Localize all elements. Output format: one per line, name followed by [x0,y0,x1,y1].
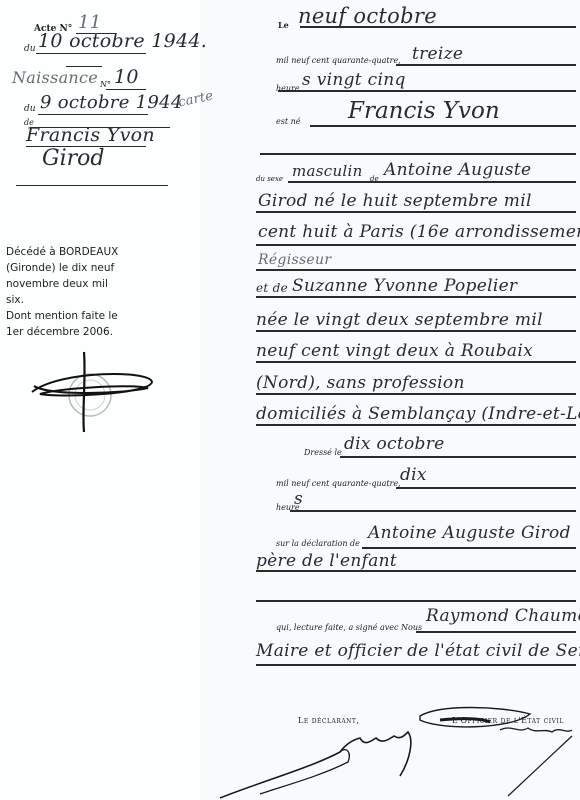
margin-note-line: Décédé à BORDEAUX [6,244,196,260]
registration-minutes-value: s [294,489,303,509]
registration-hour-value: dix [400,465,427,485]
parents-residence: domiciliés à Semblançay (Indre-et-Loire) [256,404,580,424]
rule [36,53,146,54]
row-label: mil neuf cent quarante-quatre, [276,479,401,488]
naissance-no-label: N° [100,80,111,89]
rule [106,89,146,90]
row-label: heure [276,84,300,93]
birth-du-label: du [24,104,36,114]
mother-name-value: Suzanne Yvonne Popelier [292,276,517,296]
margin-note-line: (Gironde) le dix neuf [6,260,196,276]
registrar-signature-stamp [0,350,200,440]
child-name-value: Francis Yvon [348,98,500,124]
row-label: Le [278,20,289,30]
birth-hour-value: treize [412,44,463,64]
row-label: Dressé le [304,448,342,457]
row-label: mil neuf cent quarante-quatre, [276,56,401,65]
mother-birth-line: née le vingt deux septembre mil [256,310,543,330]
birth-certificate-page: Acte N° 11 du 10 octobre 1944. Naissance… [0,0,580,800]
father-birth-line: Girod né le huit septembre mil [258,191,532,211]
margin-note-line: Dont mention faite le [6,308,196,324]
acte-date: 10 octobre 1944. [38,30,207,52]
declarant-name-value: Antoine Auguste Girod [368,523,571,543]
sex-value: masculin [292,162,363,180]
rule [16,185,168,186]
rule [66,66,102,67]
naissance-number: 10 [114,66,139,88]
birth-minutes-value: s vingt cinq [302,70,406,90]
naissance-label: Naissance [12,68,98,87]
rule [38,114,148,115]
birth-date: 9 octobre 1944 [40,92,183,113]
row-label: et de [256,281,288,295]
row-label: est né [276,117,300,126]
mother-birth-place: neuf cent vingt deux à Roubaix [256,341,533,361]
acte-du-label: du [24,44,36,54]
row-label: sur la déclaration de [276,539,360,548]
mother-occupation: (Nord), sans profession [256,373,465,393]
surname: Girod [42,146,104,171]
officer-title: Maire et officier de l'état civil de Sem… [256,641,580,661]
row-label: qui, lecture faite, a signé avec Nous [276,623,422,632]
father-name-value: Antoine Auguste [384,160,531,180]
father-occupation: Régisseur [258,252,331,268]
row-label: du sexe [256,175,283,183]
officer-name-value: Raymond Chaumont [426,606,580,626]
officer-signature [400,700,580,800]
registration-date-value: dix octobre [344,434,445,454]
margin-note-line: novembre deux mil [6,276,196,292]
death-margin-note: Décédé à BORDEAUX (Gironde) le dix neuf … [6,244,196,340]
birth-day-value: neuf octobre [298,4,437,28]
father-birth-place: cent huit à Paris (16e arrondissement) [258,222,580,242]
margin-note-line: six. [6,292,196,308]
row-connector: de [370,175,379,183]
declarant-relation: père de l'enfant [256,551,397,571]
given-names: Francis Yvon [26,124,155,146]
margin-note-line: 1er décembre 2006. [6,324,196,340]
